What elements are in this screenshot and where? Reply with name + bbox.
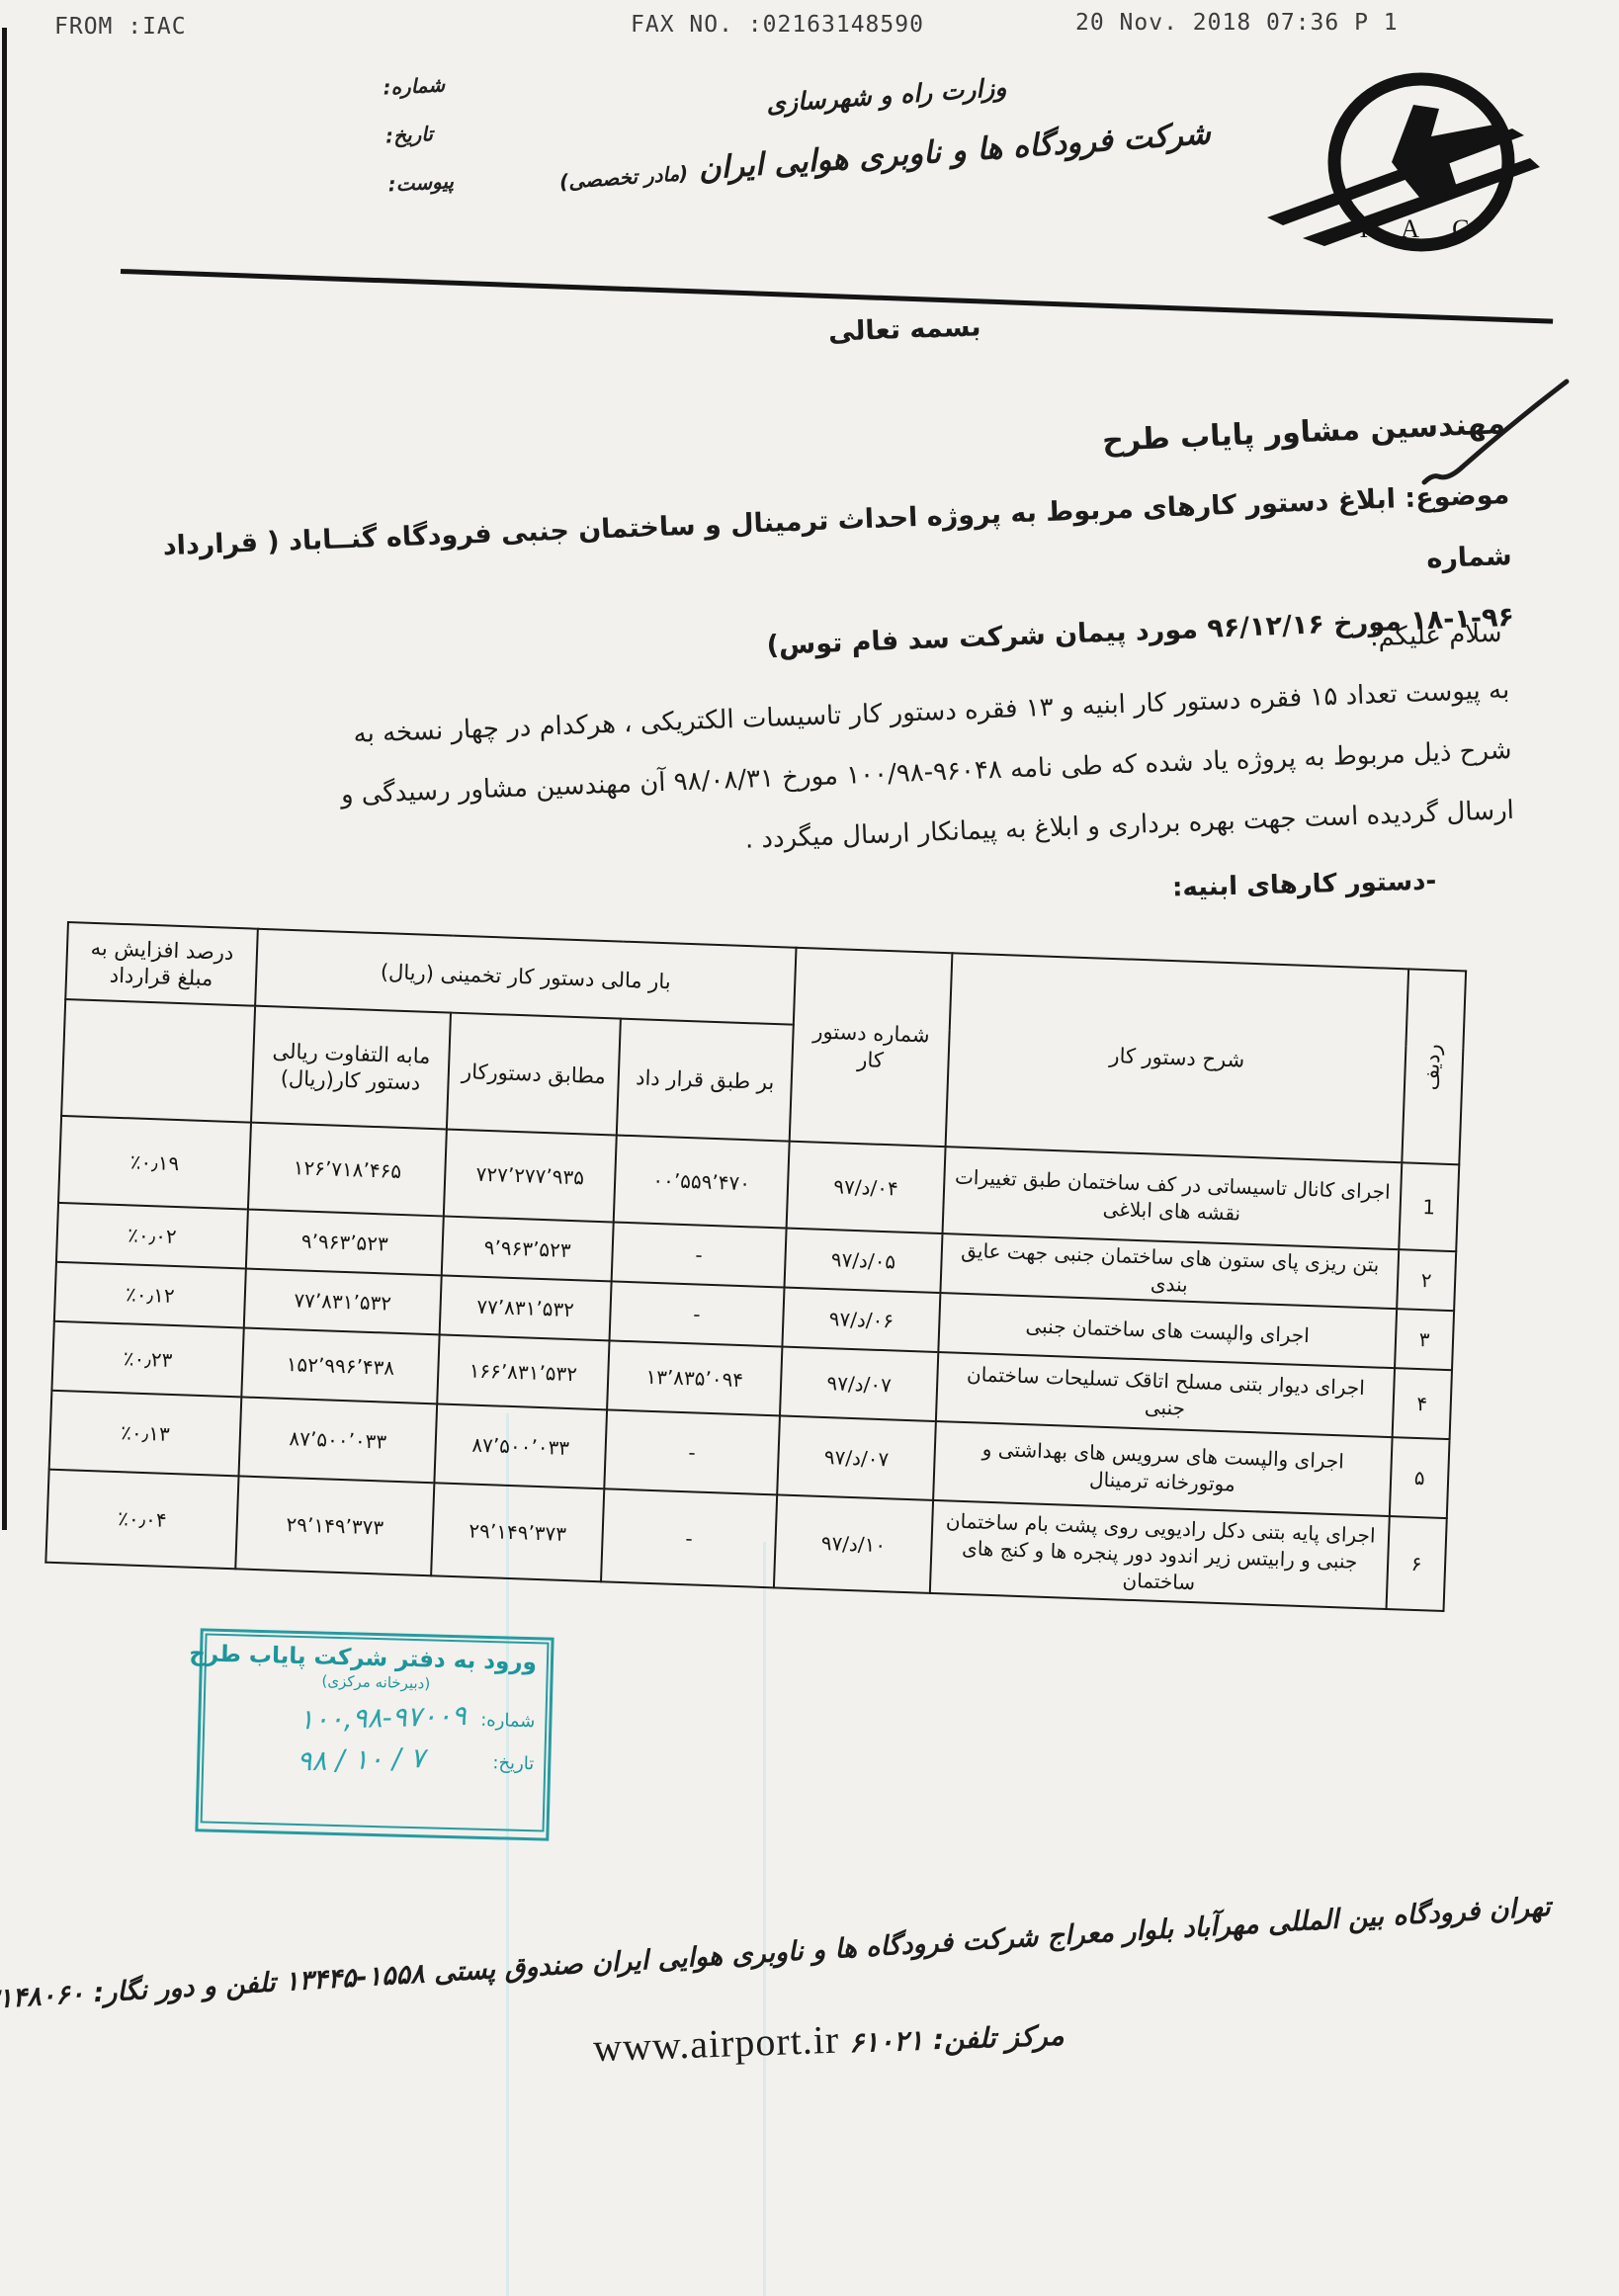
header-pct: درصد افزایش به مبلغ قرارداد [65,922,258,1006]
cell-row-no: ۶ [1387,1516,1447,1611]
cell-per-order: ۱۶۶٬۸۳۱٬۵۳۲ [437,1334,609,1409]
header-difference: مابه التفاوت ریالی دستور کار(ریال) [251,1006,451,1130]
footer-phone-number: ۶۱۰۲۱ [848,2024,923,2060]
cell-pct: ٪۰٫۰۴ [45,1470,238,1570]
cell-order-no: ۱۰/د/۹۷ [774,1494,933,1592]
cell-order-no: ۰۶/د/۹۷ [782,1288,940,1352]
work-orders-table: ردیف شرح دستور کار شماره دستور کار بار م… [44,921,1467,1612]
stamp-date-label: تاریخ: [465,1751,535,1774]
contract-date: ۹۶/۱۲/۱۶ [1206,594,1325,660]
body-line2-b: مورخ [782,761,839,793]
stamp-number-row: شماره: ۱۰۰,۹۸-۹۷۰۰۹ [214,1697,536,1738]
iac-logo: I A C [1265,67,1572,255]
bismillah: بسمه تعالی [828,311,981,347]
cell-difference: ۸۷٬۵۰۰٬۰۳۳ [239,1397,438,1483]
field-label-date: تاریخ: [384,107,485,160]
scan-artifact-streak-2 [763,1542,766,2296]
cell-difference: ۱۲۶٬۷۱۸٬۴۶۵ [248,1123,447,1217]
cell-pct: ٪۰٫۰۲ [56,1203,248,1269]
field-label-attachment: پیوست: [386,155,487,209]
header-per-order: مطابق دستورکار [447,1013,621,1136]
letterhead-company-suffix: (مادر تخصصی) [558,161,689,194]
cell-row-no: 1 [1399,1162,1459,1251]
header-desc: شرح دستور کار [946,953,1409,1162]
footer-address-text: تهران فرودگاه بین المللی مهرآباد بلوار م… [433,1892,1552,1989]
stamp-number-value: ۱۰۰,۹۸-۹۷۰۰۹ [298,1699,467,1736]
header-row-no: ردیف [1402,969,1466,1164]
cell-difference: ۱۵۲٬۹۹۶٬۴۳۸ [241,1327,439,1403]
entry-stamp-inner: ورود به دفتر شرکت پایاب طرح (دبیرخانه مر… [201,1633,550,1831]
table-caption: -دستور کارهای ابنیه: [1171,867,1436,903]
body-line2-c: آن مهندسین مشاور رسیدگی و [340,768,666,810]
logo-letters: I A C [1360,214,1484,243]
cell-difference: ۲۹٬۱۴۹٬۳۷۳ [235,1476,434,1575]
fax-from: FROM :IAC [54,14,187,40]
cell-per-contract: - [604,1409,780,1494]
cell-per-contract: ۱۳٬۸۳۵٬۰۹۴ [607,1340,782,1415]
cell-row-no: ۵ [1390,1437,1450,1518]
cell-desc: اجرای پایه بتنی دکل رادیویی روی پشت بام … [930,1500,1390,1609]
cell-pct: ٪۰٫۱۹ [58,1116,251,1210]
cell-desc: اجرای کانال تاسیساتی در کف ساختمان طبق ت… [943,1147,1403,1249]
cell-per-order: ۸۷٬۵۰۰٬۰۳۳ [434,1403,607,1488]
stamp-date-row: تاریخ: ۹۸ / ۱۰ / ۷ [213,1740,535,1780]
cell-difference: ۷۷٬۸۳۱٬۵۳۲ [244,1269,442,1335]
letterhead-ministry: وزارت راه و شهرسازی [765,73,1007,119]
body-paragraph: به پیوست تعداد ۱۵ فقره دستور کار ابنیه و… [114,660,1515,894]
scan-artifact-left-bar [2,28,7,1530]
cell-per-contract: - [612,1222,787,1287]
letter-reference-number: ۱۰۰/۹۸-۹۶۰۴۸ [845,740,1003,807]
cell-pct: ٪۰٫۱۲ [54,1262,246,1328]
cell-pct: ٪۰٫۱۳ [49,1391,242,1477]
letterhead-field-labels: شماره: تاریخ: پیوست: [382,58,488,209]
field-label-number: شماره: [382,58,482,112]
subject-block: موضوع: ابلاغ دستور کارهای مربوط به پروژه… [116,465,1515,702]
letterhead-company-name: شرکت فرودگاه ها و ناوبری هوایی ایران [697,116,1211,187]
subject-line2-rest: مورد پیمان شرکت سد فام توس) [766,614,1198,661]
footer-fax-number: ۶۳۱۴۸۰۶۰ [0,1979,85,2016]
letterhead-rule [121,269,1553,324]
cell-pct: ٪۰٫۲۳ [51,1321,243,1398]
cell-order-no: ۰۵/د/۹۷ [785,1229,943,1293]
cell-order-no: ۰۷/د/۹۷ [780,1347,938,1421]
footer-phone-line: مرکز تلفن: ۶۱۰۲۱ www.airport.ir [592,2008,1065,2072]
cell-row-no: ۲ [1397,1249,1456,1311]
salutation: سلام علیکم؛ [1370,619,1503,653]
header-order-no: شماره دستور کار [790,948,953,1147]
footer-postal-code: ۱۳۴۴۵-۱۵۵۸ [284,1959,425,1998]
work-orders-table-wrap: ردیف شرح دستور کار شماره دستور کار بار م… [44,921,1467,1612]
cell-per-contract: - [610,1281,785,1346]
body-line2-a: شرح ذیل مربوط به پروژه یاد شده که طی نام… [1010,735,1513,784]
cell-order-no: ۰۴/د/۹۷ [787,1142,946,1233]
cell-per-order: ۷۷٬۸۳۱٬۵۳۲ [440,1275,612,1340]
cell-per-order: ۷۲۷٬۲۷۷٬۹۳۵ [444,1130,617,1223]
cell-per-order: ۹٬۹۶۳٬۵۲۳ [442,1216,614,1281]
stamp-date-value: ۹۸ / ۱۰ / ۷ [297,1742,425,1777]
cell-row-no: ۳ [1395,1309,1454,1370]
cell-per-contract: - [601,1488,777,1587]
header-pct-empty [61,999,255,1123]
iac-logo-graphic: I A C [1265,67,1572,255]
footer-website-url: www.airport.ir [592,2016,840,2072]
cell-per-order: ۲۹٬۱۴۹٬۳۷۳ [431,1483,604,1581]
footer-address-line: تهران فرودگاه بین المللی مهرآباد بلوار م… [79,1892,1551,2009]
cell-row-no: ۴ [1393,1368,1452,1439]
header-per-contract: بر طبق قرار داد [617,1019,794,1142]
scanned-fax-page: FROM :IAC FAX NO. :02163148590 20 Nov. 2… [0,0,1619,2296]
fax-number: FAX NO. :02163148590 [631,12,924,38]
letter-date: ۹۸/۰۸/۳۱ [673,749,776,813]
cell-order-no: ۰۷/د/۹۷ [777,1415,936,1499]
entry-stamp: ورود به دفتر شرکت پایاب طرح (دبیرخانه مر… [195,1628,554,1840]
footer-phone-fax-label: تلفن و دور نگار: [93,1967,277,2008]
stamp-number-label: شماره: [466,1709,536,1732]
cell-per-contract: ۰۰٬۵۵۹٬۴۷۰ [614,1136,790,1229]
letterhead-company: شرکت فرودگاه ها و ناوبری هوایی ایران (ما… [558,116,1212,197]
cell-difference: ۹٬۹۶۳٬۵۲۳ [246,1210,444,1276]
fax-timestamp: 20 Nov. 2018 07:36 P 1 [1075,10,1399,36]
footer-phone-label: مرکز تلفن: [932,2019,1065,2057]
